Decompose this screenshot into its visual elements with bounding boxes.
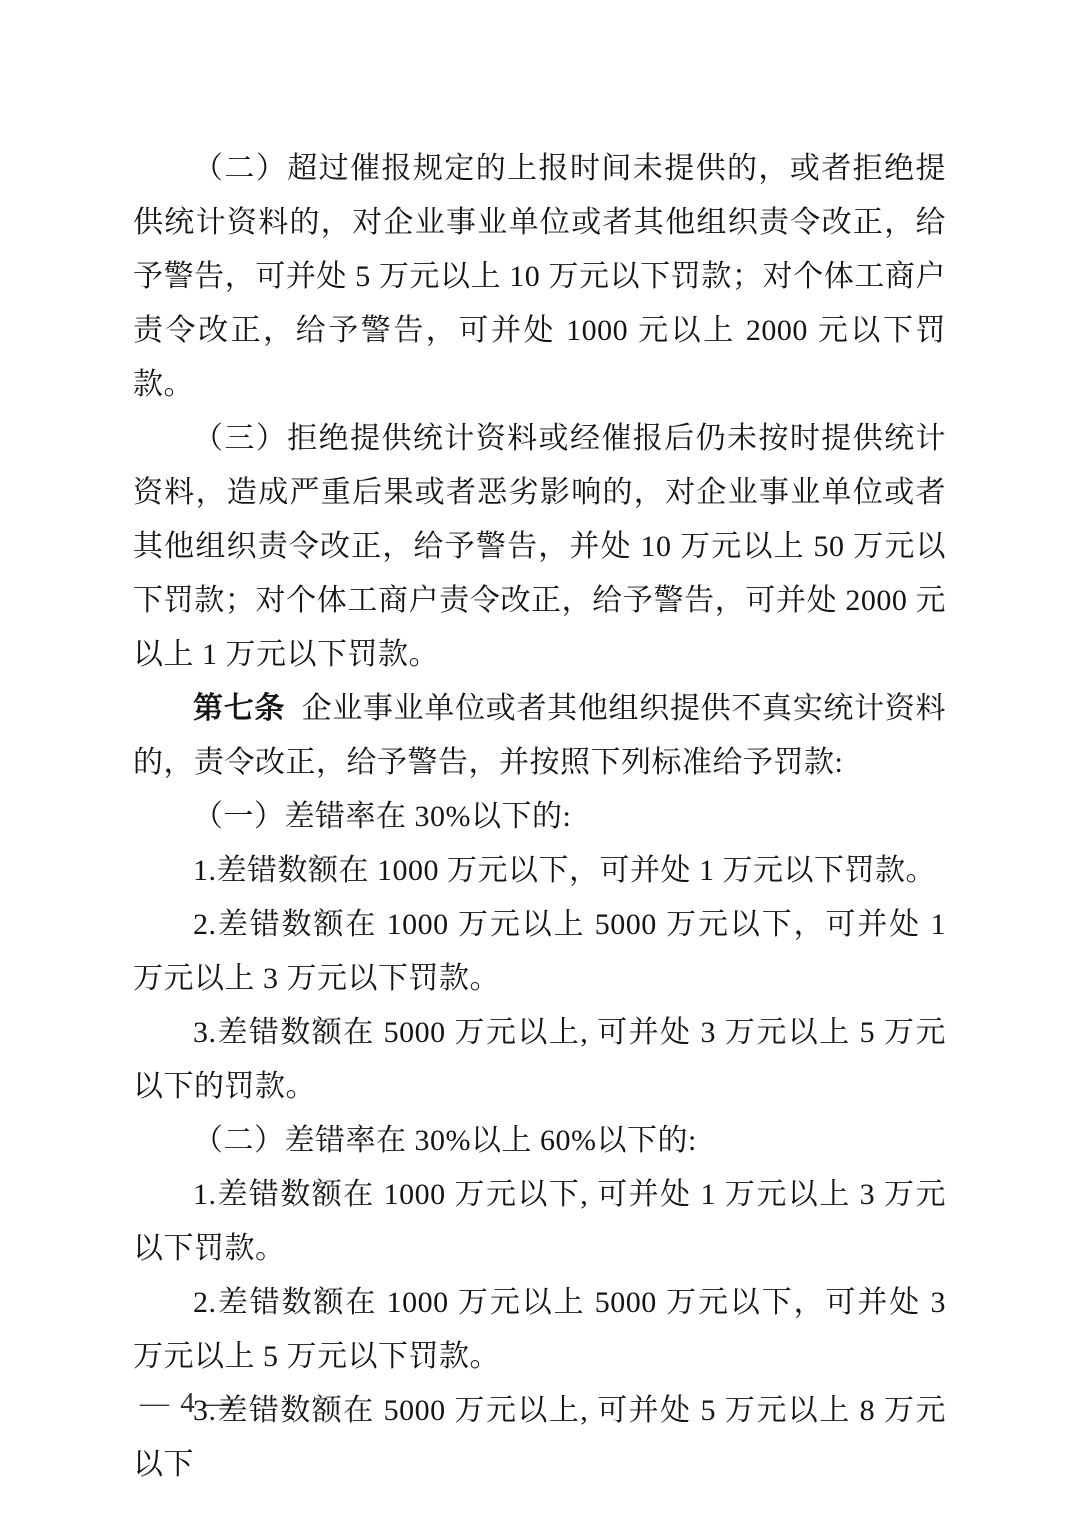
- paragraph-clause-2: （二）超过催报规定的上报时间未提供的，或者拒绝提供统计资料的，对企业事业单位或者…: [133, 142, 946, 412]
- document-page: （二）超过催报规定的上报时间未提供的，或者拒绝提供统计资料的，对企业事业单位或者…: [0, 0, 1074, 1520]
- paragraph-item-2-heading: （二）差错率在 30%以上 60%以下的:: [133, 1114, 946, 1168]
- article-number-label: 第七条: [193, 692, 285, 725]
- paragraph-item-1-sub-1: 1.差错数额在 1000 万元以下，可并处 1 万元以下罚款。: [133, 844, 946, 898]
- paragraph-item-2-sub-2: 2.差错数额在 1000 万元以上 5000 万元以下，可并处 3 万元以上 5…: [133, 1276, 946, 1384]
- document-body: （二）超过催报规定的上报时间未提供的，或者拒绝提供统计资料的，对企业事业单位或者…: [133, 142, 946, 1492]
- page-number: — 4 —: [140, 1385, 237, 1421]
- paragraph-item-1-sub-2: 2.差错数额在 1000 万元以上 5000 万元以下，可并处 1 万元以上 3…: [133, 898, 946, 1006]
- paragraph-item-1-sub-3: 3.差错数额在 5000 万元以上, 可并处 3 万元以上 5 万元以下的罚款。: [133, 1006, 946, 1114]
- paragraph-item-2-sub-3: 3.差错数额在 5000 万元以上, 可并处 5 万元以上 8 万元以下: [133, 1384, 946, 1492]
- paragraph-article-7: 第七条企业事业单位或者其他组织提供不真实统计资料的，责令改正，给予警告，并按照下…: [133, 682, 946, 790]
- paragraph-item-2-sub-1: 1.差错数额在 1000 万元以下, 可并处 1 万元以上 3 万元以下罚款。: [133, 1168, 946, 1276]
- paragraph-item-1-heading: （一）差错率在 30%以下的:: [133, 790, 946, 844]
- paragraph-clause-3: （三）拒绝提供统计资料或经催报后仍未按时提供统计资料，造成严重后果或者恶劣影响的…: [133, 412, 946, 682]
